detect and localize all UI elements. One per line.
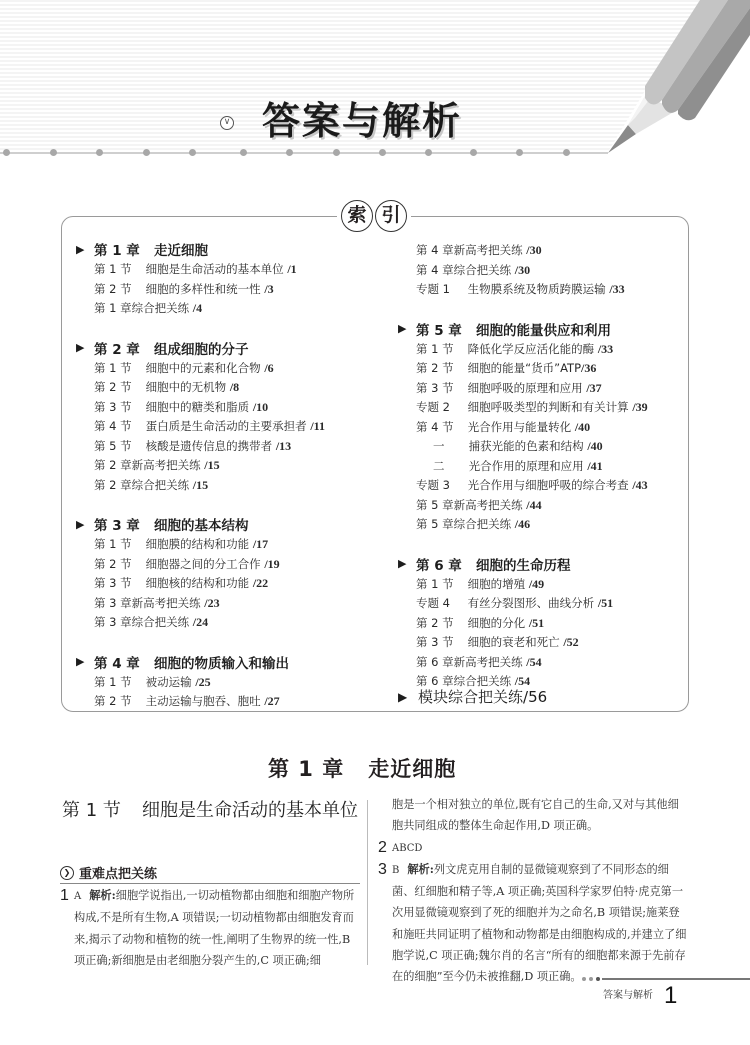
analysis-text: 列文虎克用自制的显微镜观察到了不同形态的细菌、红细胞和精子等,A 项正确;英国科… [392, 863, 686, 983]
toc-item[interactable]: 第 4 章新高考把关练 /30 [398, 241, 688, 261]
index-badge-char: 引 [375, 200, 407, 232]
answer-item: 3 B解析:列文虎克用自制的显微镜观察到了不同形态的细菌、红细胞和精子等,A 项… [378, 859, 688, 988]
item-label: 第 1 节 [416, 340, 464, 360]
item-page: /37 [586, 381, 601, 395]
item-page: /36 [581, 361, 596, 375]
item-title: 细胞的能量“货币”ATP [468, 361, 581, 375]
item-label: 第 2 节 [416, 614, 464, 634]
item-title: 细胞的多样性和统一性 [146, 282, 261, 296]
answer-key: A [74, 891, 81, 902]
toc-item[interactable]: 第 1 节 被动运输 /25 [76, 673, 386, 693]
section-title: 第 1 节细胞是生命活动的基本单位 [62, 798, 362, 824]
item-title: 第 1 章综合把关练 [94, 301, 189, 315]
item-page: /3 [264, 282, 273, 296]
index-badge: 索 引 [337, 200, 411, 232]
toc-right-column: 第 4 章新高考把关练 /30 第 4 章综合把关练 /30 专题 1 生物膜系… [398, 241, 688, 692]
toc-item[interactable]: 第 4 节 光合作用与能量转化 /40 [398, 418, 688, 438]
analysis-label: 解析: [89, 888, 116, 902]
item-title: 细胞中的无机物 [146, 380, 227, 394]
toc-item[interactable]: 第 3 节 细胞核的结构和功能 /22 [76, 574, 386, 594]
item-page: /46 [515, 517, 530, 531]
toc-chapter[interactable]: ▶ 第 3 章 细胞的基本结构 [76, 513, 386, 535]
footer-label: 答案与解析 [603, 986, 653, 1001]
analysis-text-continued: 胞是一个相对独立的单位,既有它自己的生命,又对与其他细胞共同组成的整体生命起作用… [378, 794, 688, 837]
toc-item[interactable]: 第 6 章新高考把关练 /54 [398, 653, 688, 673]
item-label: 第 1 节 [94, 673, 142, 693]
toc-item[interactable]: 专题 4 有丝分裂图形、曲线分析 /51 [398, 594, 688, 614]
answer-key: ABCD [392, 843, 422, 854]
item-label: 第 3 节 [94, 398, 142, 418]
toc-left-column: ▶ 第 1 章 走近细胞 第 1 节 细胞是生命活动的基本单位 /1 第 2 节… [76, 238, 386, 712]
chapter-title: 细胞的基本结构 [154, 514, 249, 534]
item-title: 捕获光能的色素和结构 [469, 439, 584, 453]
triangle-right-icon: ▶ [76, 341, 94, 354]
item-page: /43 [632, 478, 647, 492]
page-title: 答案与解析 [262, 90, 462, 145]
item-label: 一 [433, 437, 465, 457]
item-title: 细胞呼吸类型的判断和有关计算 [468, 400, 629, 414]
item-page: /51 [598, 596, 613, 610]
item-page: /22 [253, 576, 268, 590]
item-label: 第 3 节 [416, 633, 464, 653]
footer-dots [582, 977, 600, 981]
item-label: 专题 3 [416, 476, 464, 496]
item-title: 细胞是生命活动的基本单位 [146, 262, 284, 276]
analysis-text: 细胞学说指出,一切动植物都由细胞和细胞产物所构成,不是所有生物,A 项错误;一切… [74, 889, 354, 967]
item-page: /17 [253, 537, 268, 551]
module-page: /56 [523, 688, 547, 706]
item-page: /13 [276, 439, 291, 453]
item-title: 降低化学反应活化能的酶 [468, 342, 595, 356]
toc-item[interactable]: 专题 1 生物膜系统及物质跨膜运输 /33 [398, 280, 688, 300]
triangle-right-icon: ▶ [76, 518, 94, 531]
item-page: /19 [264, 557, 279, 571]
item-page: /8 [230, 380, 239, 394]
item-label: 第 1 节 [416, 575, 464, 595]
chapter-title: 走近细胞 [154, 239, 208, 259]
item-page: /52 [563, 635, 578, 649]
item-title: 细胞核的结构和功能 [146, 576, 250, 590]
footer-divider [602, 978, 750, 980]
item-title: 第 2 章综合把关练 [94, 478, 189, 492]
module-title: 模块综合把关练 [418, 686, 523, 707]
answer-item: 1 A解析:细胞学说指出,一切动植物都由细胞和细胞产物所构成,不是所有生物,A … [60, 885, 360, 971]
item-label: 第 1 节 [94, 535, 142, 555]
toc-chapter[interactable]: ▶ 第 4 章 细胞的物质输入和输出 [76, 651, 386, 673]
answer-column-left: 1 A解析:细胞学说指出,一切动植物都由细胞和细胞产物所构成,不是所有生物,A … [60, 885, 360, 971]
item-title: 细胞中的元素和化合物 [146, 361, 261, 375]
item-page: /44 [526, 498, 541, 512]
column-divider [367, 800, 368, 965]
item-label: 第 1 节 [94, 359, 142, 379]
chapter-number: 第 4 章 [94, 652, 154, 672]
toc-item[interactable]: 第 3 章新高考把关练 /23 [76, 594, 386, 614]
item-page: /40 [587, 439, 602, 453]
item-label: 专题 1 [416, 280, 464, 300]
item-label: 第 5 节 [94, 437, 142, 457]
item-page: /1 [287, 262, 296, 276]
chapter-number: 第 5 章 [416, 319, 476, 339]
toc-item[interactable]: 第 1 节 降低化学反应活化能的酶 /33 [398, 340, 688, 360]
item-label: 专题 2 [416, 398, 464, 418]
toc-item[interactable]: 一 捕获光能的色素和结构 /40 [398, 437, 688, 457]
toc-chapter[interactable]: ▶ 第 5 章 细胞的能量供应和利用 [398, 318, 688, 340]
toc-chapter[interactable]: ▶ 第 2 章 组成细胞的分子 [76, 337, 386, 359]
item-page: /15 [193, 478, 208, 492]
answer-item: 2 ABCD [378, 837, 688, 859]
item-label: 二 [433, 457, 465, 477]
chevron-down-circle-icon: ∨ [220, 116, 234, 130]
toc-item[interactable]: 第 1 节 细胞中的元素和化合物 /6 [76, 359, 386, 379]
item-page: /23 [204, 596, 219, 610]
chapter-title: 细胞的物质输入和输出 [154, 652, 289, 672]
chapter-number: 第 3 章 [94, 514, 154, 534]
toc-item[interactable]: 第 2 节 细胞的能量“货币”ATP/36 [398, 359, 688, 379]
item-title: 光合作用的原理和应用 [469, 459, 584, 473]
item-label: 专题 4 [416, 594, 464, 614]
item-title: 第 4 章新高考把关练 [416, 243, 523, 257]
item-page: /39 [632, 400, 647, 414]
banner-dots [0, 149, 608, 157]
item-title: 核酸是遗传信息的携带者 [146, 439, 273, 453]
toc-item[interactable]: 第 1 节 细胞膜的结构和功能 /17 [76, 535, 386, 555]
item-title: 细胞的增殖 [468, 577, 526, 591]
answer-key: B [392, 865, 399, 876]
item-title: 第 5 章新高考把关练 [416, 498, 523, 512]
item-page: /30 [526, 243, 541, 257]
toc-item[interactable]: 第 2 章新高考把关练 /15 [76, 456, 386, 476]
item-title: 第 4 章综合把关练 [416, 263, 511, 277]
toc-item[interactable]: 第 5 节 核酸是遗传信息的携带者 /13 [76, 437, 386, 457]
chapter-number: 第 6 章 [416, 554, 476, 574]
item-title: 蛋白质是生命活动的主要承担者 [146, 419, 307, 433]
toc-item[interactable]: 专题 3 光合作用与细胞呼吸的综合考查 /43 [398, 476, 688, 496]
item-label: 第 2 节 [94, 280, 142, 300]
item-label: 第 2 节 [94, 555, 142, 575]
item-page: /6 [264, 361, 273, 375]
toc-item[interactable]: 第 2 章综合把关练 /15 [76, 476, 386, 496]
chapter-number: 第 1 章 [94, 239, 154, 259]
triangle-right-icon: ▶ [398, 557, 416, 570]
analysis-label: 解析: [407, 862, 434, 876]
chapter-number: 第 2 章 [94, 338, 154, 358]
item-page: /27 [264, 694, 279, 708]
item-title: 细胞膜的结构和功能 [146, 537, 250, 551]
item-label: 第 4 节 [416, 418, 464, 438]
item-title: 细胞呼吸的原理和应用 [468, 381, 583, 395]
item-page: /4 [193, 301, 202, 315]
item-title: 细胞中的糖类和脂质 [146, 400, 250, 414]
index-badge-char: 索 [341, 200, 373, 232]
toc-chapter[interactable]: ▶ 第 1 章 走近细胞 [76, 238, 386, 260]
item-title: 第 2 章新高考把关练 [94, 458, 201, 472]
answer-column-right: 胞是一个相对独立的单位,既有它自己的生命,又对与其他细胞共同组成的整体生命起作用… [378, 794, 688, 988]
item-label: 第 2 节 [94, 692, 142, 712]
item-title: 光合作用与细胞呼吸的综合考查 [468, 478, 629, 492]
item-page: /33 [609, 282, 624, 296]
item-title: 细胞器之间的分工合作 [146, 557, 261, 571]
item-page: /41 [587, 459, 602, 473]
item-title: 细胞的分化 [468, 616, 526, 630]
toc-item[interactable]: 第 1 节 细胞的增殖 /49 [398, 575, 688, 595]
item-page: /51 [529, 616, 544, 630]
toc-item[interactable]: 第 4 节 蛋白质是生命活动的主要承担者 /11 [76, 417, 386, 437]
toc-chapter[interactable]: ▶ 第 6 章 细胞的生命历程 [398, 553, 688, 575]
toc-item[interactable]: 第 2 节 细胞中的无机物 /8 [76, 378, 386, 398]
item-page: /24 [193, 615, 208, 629]
item-title: 细胞的衰老和死亡 [468, 635, 560, 649]
triangle-right-icon: ▶ [76, 655, 94, 668]
item-page: /10 [253, 400, 268, 414]
item-title: 第 5 章综合把关练 [416, 517, 511, 531]
question-number: 1 [60, 885, 69, 906]
item-title: 被动运输 [146, 675, 192, 689]
toc-item[interactable]: 第 5 章综合把关练 /46 [398, 515, 688, 535]
item-page: /25 [195, 675, 210, 689]
chevron-right-circle-icon: ❯ [60, 866, 74, 880]
item-page: /11 [310, 419, 325, 433]
chapter-heading-number: 第 1 章 [268, 757, 344, 781]
chapter-heading: 第 1 章走近细胞 [268, 753, 456, 783]
pencil-icon [600, 0, 750, 160]
item-title: 生物膜系统及物质跨膜运输 [468, 282, 606, 296]
item-title: 第 3 章新高考把关练 [94, 596, 201, 610]
toc-item[interactable]: 第 2 节 主动运输与胞吞、胞吐 /27 [76, 692, 386, 712]
item-label: 第 3 节 [416, 379, 464, 399]
toc-item[interactable]: 第 2 节 细胞的分化 /51 [398, 614, 688, 634]
toc-item[interactable]: 第 3 节 细胞的衰老和死亡 /52 [398, 633, 688, 653]
chapter-heading-title: 走近细胞 [368, 757, 456, 781]
toc-item[interactable]: 第 3 节 细胞呼吸的原理和应用 /37 [398, 379, 688, 399]
chapter-title: 细胞的生命历程 [476, 554, 571, 574]
item-page: /49 [529, 577, 544, 591]
item-page: /30 [515, 263, 530, 277]
section-number: 第 1 节 [62, 798, 142, 824]
toc-item[interactable]: 第 1 章综合把关练 /4 [76, 299, 386, 319]
item-label: 第 2 节 [416, 359, 464, 379]
toc-item[interactable]: 第 1 节 细胞是生命活动的基本单位 /1 [76, 260, 386, 280]
item-title: 有丝分裂图形、曲线分析 [468, 596, 595, 610]
item-page: /33 [598, 342, 613, 356]
triangle-right-icon: ▶ [76, 243, 94, 256]
question-number: 2 [378, 837, 387, 858]
triangle-right-icon: ▶ [398, 690, 418, 704]
chapter-title: 组成细胞的分子 [154, 338, 249, 358]
item-title: 光合作用与能量转化 [468, 420, 572, 434]
item-label: 第 2 节 [94, 378, 142, 398]
item-title: 主动运输与胞吞、胞吐 [146, 694, 261, 708]
item-title: 第 6 章新高考把关练 [416, 655, 523, 669]
item-label: 第 4 节 [94, 417, 142, 437]
page-number: 1 [664, 982, 677, 1010]
item-title: 第 3 章综合把关练 [94, 615, 189, 629]
question-number: 3 [378, 859, 387, 880]
toc-item[interactable]: 专题 2 细胞呼吸类型的判断和有关计算 /39 [398, 398, 688, 418]
item-label: 第 3 节 [94, 574, 142, 594]
item-page: /40 [575, 420, 590, 434]
item-page: /54 [526, 655, 541, 669]
item-page: /15 [204, 458, 219, 472]
toc-item[interactable]: 二 光合作用的原理和应用 /41 [398, 457, 688, 477]
item-label: 第 1 节 [94, 260, 142, 280]
practice-heading: ❯ 重难点把关练 [60, 862, 360, 884]
toc-item[interactable]: 第 3 章综合把关练 /24 [76, 613, 386, 633]
chapter-title: 细胞的能量供应和利用 [476, 319, 611, 339]
practice-heading-text: 重难点把关练 [79, 863, 157, 882]
toc-item[interactable]: 第 4 章综合把关练 /30 [398, 261, 688, 281]
toc-item[interactable]: 第 3 节 细胞中的糖类和脂质 /10 [76, 398, 386, 418]
toc-item[interactable]: 第 5 章新高考把关练 /44 [398, 496, 688, 516]
triangle-right-icon: ▶ [398, 322, 416, 335]
toc-item[interactable]: 第 2 节 细胞器之间的分工合作 /19 [76, 555, 386, 575]
toc-module-review[interactable]: ▶ 模块综合把关练 /56 [398, 686, 547, 707]
toc-item[interactable]: 第 2 节 细胞的多样性和统一性 /3 [76, 280, 386, 300]
section-name: 细胞是生命活动的基本单位 [142, 798, 362, 824]
